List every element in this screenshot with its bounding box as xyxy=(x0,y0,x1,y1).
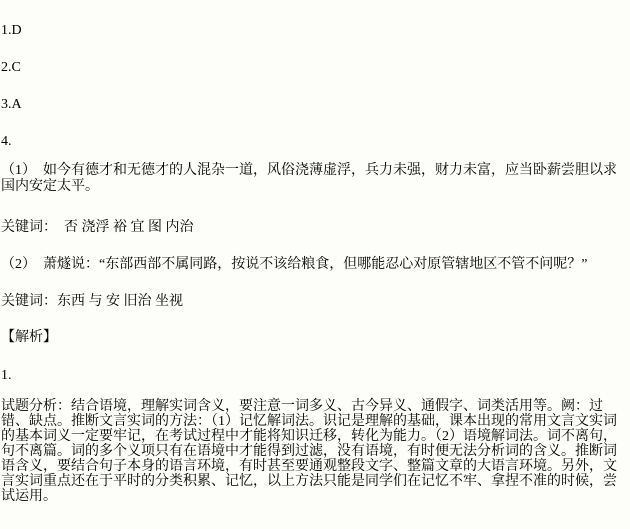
analysis-body: 试题分析：结合语境，理解实词含义，要注意一词多义、古今异义、通假字、词类活用等。… xyxy=(1,399,628,504)
keywords-part2: 关键词：东西 与 安 旧治 坐视 xyxy=(1,294,628,310)
answer-line-q2: 2.C xyxy=(1,60,628,76)
answer-line-q3: 3.A xyxy=(1,97,628,113)
translation-part1: （1） 如今有德才和无德才的人混杂一道，风俗浇薄虚浮，兵力未强，财力未富，应当卧… xyxy=(1,163,628,195)
analysis-item-number: 1. xyxy=(1,368,628,384)
answer-line-q4: 4. xyxy=(1,134,628,150)
answer-line-q1: 1.D xyxy=(1,23,628,39)
keywords-part1: 关键词： 否 浇浮 裕 宜 图 内治 xyxy=(1,220,628,236)
document-page: 1.D 2.C 3.A 4. （1） 如今有德才和无德才的人混杂一道，风俗浇薄虚… xyxy=(0,0,630,529)
translation-part2: （2） 萧燧说：“东部西部不属同路，按说不该给粮食，但哪能忍心对原管辖地区不管不… xyxy=(1,257,628,273)
analysis-header: 【解析】 xyxy=(1,330,628,346)
